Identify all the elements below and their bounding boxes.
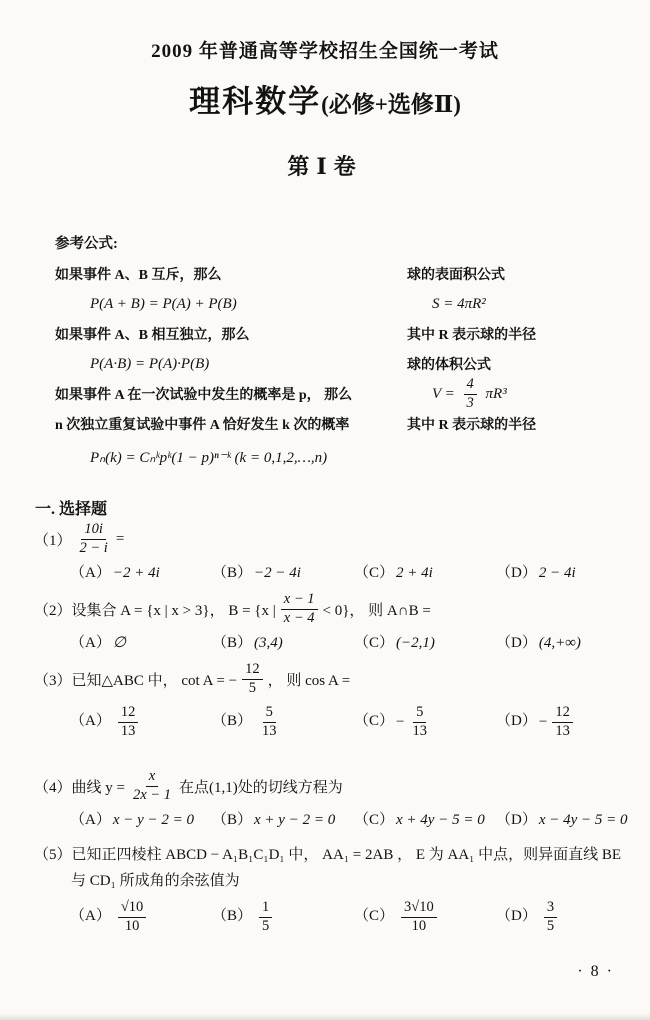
question-1-option-b: （B）−2 − 4i <box>212 561 354 582</box>
fraction-denominator: 2x − 1 <box>130 787 174 804</box>
ref-left-line: 如果事件 A 在一次试验中发生的概率是 p， 那么 <box>55 384 407 404</box>
fraction-denominator: 13 <box>409 723 430 740</box>
fraction-numerator: 3√10 <box>401 899 437 918</box>
option-label: （C） <box>354 713 394 729</box>
stem-text: < 0}， 则 A∩B = <box>323 599 431 620</box>
fraction: 43 <box>464 376 477 413</box>
question-2-options: （A）∅ （B）(3,4) （C）(−2,1) （D）(4,+∞) <box>34 631 650 652</box>
question-4-option-d: （D）x − 4y − 5 = 0 <box>496 808 650 829</box>
fraction-numerator: x − 1 <box>281 591 318 610</box>
question-3-option-a: （A）1213 <box>70 704 212 741</box>
question-2-stem: （2）设集合 A = {x | x > 3}， B = {x |x − 1x −… <box>34 588 650 630</box>
option-value: (3,4) <box>254 635 283 651</box>
ref-formula: Pₙ(k) = Cₙᵏpᵏ(1 − p)ⁿ⁻ᵏ (k = 0,1,2,…,n) <box>55 442 407 467</box>
option-value: x − y − 2 = 0 <box>113 812 194 828</box>
option-value: 2 − 4i <box>539 565 576 581</box>
question-number: （2） <box>34 599 72 620</box>
page-number: · 8 · <box>577 963 614 981</box>
ref-formula: P(A + B) = P(A) + P(B) <box>55 296 407 313</box>
volume-title: 第Ⅰ卷 <box>0 150 650 181</box>
question-2-option-b: （B）(3,4) <box>212 631 354 652</box>
fraction: √1010 <box>118 899 146 936</box>
option-label: （D） <box>496 908 537 924</box>
fraction: x − 1x − 4 <box>281 591 318 628</box>
question-5-options: （A）√1010 （B）15 （C）3√1010 （D）35 <box>34 896 650 938</box>
ref-right-line: 其中 R 表示球的半径 <box>407 324 632 344</box>
question-4-option-a: （A）x − y − 2 = 0 <box>70 808 212 829</box>
question-1-stem: （1）10i2 − i = <box>34 518 650 560</box>
stem-text: ， 则 cos A = <box>268 669 351 690</box>
fraction-denominator: 2 − i <box>77 540 111 557</box>
option-label: （B） <box>212 908 252 924</box>
fraction-numerator: 3 <box>544 899 557 918</box>
subject-title-main: 理科数学 <box>189 84 321 119</box>
option-value: 2 + 4i <box>396 565 433 581</box>
question-5-stem-line1: （5）已知正四棱柱 ABCD − A₁B₁C₁D₁ 中， AA₁ = 2AB ，… <box>34 839 650 867</box>
fraction: 125 <box>242 661 263 698</box>
option-label: （D） <box>496 812 537 828</box>
question-number: （4） <box>34 776 72 797</box>
fraction: 513 <box>409 704 430 741</box>
fraction: 35 <box>544 899 557 936</box>
ref-left-line: 如果事件 A、B 互斥，那么 <box>55 264 407 284</box>
fraction: 1213 <box>552 704 573 741</box>
exam-page: 2009 年普通高等学校招生全国统一考试 理科数学(必修+选修Ⅱ) 第Ⅰ卷 参考… <box>0 0 650 1020</box>
stem-text: = <box>116 531 124 548</box>
question-1-option-d: （D）2 − 4i <box>496 561 650 582</box>
option-label: （C） <box>354 908 394 924</box>
question-5: （5）已知正四棱柱 ABCD − A₁B₁C₁D₁ 中， AA₁ = 2AB ，… <box>0 839 650 938</box>
ref-right-line: 球的表面积公式 <box>407 264 632 284</box>
question-5-stem-line2: 与 CD₁ 所成角的余弦值为 <box>34 867 650 895</box>
question-2-option-c: （C）(−2,1) <box>354 631 496 652</box>
subject-title-note: (必修+选修Ⅱ) <box>321 92 461 117</box>
fraction-numerator: 1 <box>259 899 272 918</box>
fraction-denominator: 10 <box>409 918 430 935</box>
question-4-options: （A）x − y − 2 = 0 （B）x + y − 2 = 0 （C）x +… <box>34 808 650 829</box>
question-1-option-c: （C）2 + 4i <box>354 561 496 582</box>
question-3-stem: （3）已知△ABC 中， cot A = −125， 则 cos A = <box>34 658 650 700</box>
fraction-denominator: 5 <box>259 918 272 935</box>
fraction-numerator: x <box>146 768 158 787</box>
question-3-option-b: （B）513 <box>212 704 354 741</box>
option-label: （B） <box>212 565 252 581</box>
fraction-numerator: 12 <box>242 661 263 680</box>
fraction-numerator: 12 <box>552 704 573 723</box>
ref-left-line: 如果事件 A、B 相互独立，那么 <box>55 324 407 344</box>
question-number: （1） <box>34 529 72 550</box>
fraction-numerator: 4 <box>464 376 477 395</box>
question-4: （4）曲线 y =x2x − 1在点(1,1)处的切线方程为 （A）x − y … <box>0 765 650 829</box>
fraction-denominator: x − 4 <box>281 610 318 627</box>
option-sign: − <box>539 713 547 729</box>
question-5-option-d: （D）35 <box>496 899 650 936</box>
ref-right-line: 球的体积公式 <box>407 354 632 374</box>
fraction: 10i2 − i <box>77 521 111 558</box>
option-label: （A） <box>70 812 111 828</box>
ref-volume-formula: V = 43 πR³ <box>407 376 632 413</box>
questions-list: （1）10i2 − i = （A）−2 + 4i （B）−2 − 4i （C）2… <box>0 518 650 944</box>
option-label: （B） <box>212 713 252 729</box>
stem-text: 设集合 A = {x | x > 3}， B = {x | <box>72 599 276 620</box>
option-value: ∅ <box>113 635 126 651</box>
subject-title: 理科数学(必修+选修Ⅱ) <box>0 76 650 121</box>
option-value: (4,+∞) <box>539 635 581 651</box>
fraction: 513 <box>259 704 280 741</box>
fraction: x2x − 1 <box>130 768 174 805</box>
question-5-option-c: （C）3√1010 <box>354 899 496 936</box>
fraction-denominator: 13 <box>259 723 280 740</box>
question-3: （3）已知△ABC 中， cot A = −125， 则 cos A = （A）… <box>0 658 650 743</box>
option-label: （C） <box>354 565 394 581</box>
option-label: （C） <box>354 635 394 651</box>
option-label: （D） <box>496 713 537 729</box>
option-value: x − 4y − 5 = 0 <box>539 812 628 828</box>
question-1-option-a: （A）−2 + 4i <box>70 561 212 582</box>
fraction-denominator: 13 <box>118 723 139 740</box>
question-3-option-d: （D）−1213 <box>496 704 650 741</box>
question-2-option-d: （D）(4,+∞) <box>496 631 650 652</box>
reference-grid: 如果事件 A、B 互斥，那么 球的表面积公式 P(A + B) = P(A) +… <box>55 259 632 469</box>
question-2: （2）设集合 A = {x | x > 3}， B = {x |x − 1x −… <box>0 588 650 652</box>
option-label: （A） <box>70 635 111 651</box>
fraction-denominator: 5 <box>544 918 557 935</box>
question-5-option-a: （A）√1010 <box>70 899 212 936</box>
option-value: (−2,1) <box>396 635 435 651</box>
question-number: （5） <box>34 843 72 864</box>
question-2-option-a: （A）∅ <box>70 631 212 652</box>
question-4-option-c: （C）x + 4y − 5 = 0 <box>354 808 496 829</box>
option-value: x + 4y − 5 = 0 <box>396 812 485 828</box>
option-label: （A） <box>70 908 111 924</box>
question-3-options: （A）1213 （B）513 （C）−513 （D）−1213 <box>34 701 650 743</box>
option-label: （A） <box>70 565 111 581</box>
formula-prefix: V = <box>432 385 459 401</box>
ref-formula: P(A·B) = P(A)·P(B) <box>55 356 407 373</box>
question-4-stem: （4）曲线 y =x2x − 1在点(1,1)处的切线方程为 <box>34 765 650 807</box>
fraction: 1213 <box>118 704 139 741</box>
stem-text: 在点(1,1)处的切线方程为 <box>179 776 343 797</box>
stem-text: 已知正四棱柱 ABCD − A₁B₁C₁D₁ 中， AA₁ = 2AB ， E … <box>72 843 622 864</box>
fraction-denominator: 5 <box>246 680 259 697</box>
question-1-options: （A）−2 + 4i （B）−2 − 4i （C）2 + 4i （D）2 − 4… <box>34 561 650 582</box>
ref-right-line: 其中 R 表示球的半径 <box>407 414 632 434</box>
option-label: （B） <box>212 635 252 651</box>
option-label: （D） <box>496 565 537 581</box>
fraction-numerator: 10i <box>81 521 106 540</box>
question-1: （1）10i2 − i = （A）−2 + 4i （B）−2 − 4i （C）2… <box>0 518 650 582</box>
question-3-option-c: （C）−513 <box>354 704 496 741</box>
fraction: 3√1010 <box>401 899 437 936</box>
fraction-numerator: 5 <box>263 704 276 723</box>
option-value: −2 + 4i <box>113 565 160 581</box>
formula-suffix: πR³ <box>482 385 507 401</box>
fraction-numerator: √10 <box>118 899 146 918</box>
fraction-denominator: 3 <box>464 395 477 412</box>
question-5-option-b: （B）15 <box>212 899 354 936</box>
section-heading: 一. 选择题 <box>35 496 107 519</box>
fraction-numerator: 12 <box>118 704 139 723</box>
option-value: x + y − 2 = 0 <box>254 812 335 828</box>
option-label: （A） <box>70 713 111 729</box>
fraction-numerator: 5 <box>413 704 426 723</box>
reference-heading: 参考公式: <box>55 229 632 259</box>
option-value: −2 − 4i <box>254 565 301 581</box>
ref-formula: S = 4πR² <box>407 296 632 313</box>
reference-formulas: 参考公式: 如果事件 A、B 互斥，那么 球的表面积公式 P(A + B) = … <box>55 229 632 469</box>
stem-text: 曲线 y = <box>72 776 125 797</box>
question-number: （3） <box>34 669 72 690</box>
option-label: （D） <box>496 635 537 651</box>
option-label: （C） <box>354 812 394 828</box>
fraction: 15 <box>259 899 272 936</box>
option-sign: − <box>396 713 404 729</box>
exam-title: 2009 年普通高等学校招生全国统一考试 <box>0 36 650 63</box>
fraction-denominator: 10 <box>122 918 143 935</box>
ref-left-line: n 次独立重复试验中事件 A 恰好发生 k 次的概率 <box>55 414 407 434</box>
fraction-denominator: 13 <box>552 723 573 740</box>
stem-text: 已知△ABC 中， cot A = − <box>72 669 238 690</box>
option-label: （B） <box>212 812 252 828</box>
question-4-option-b: （B）x + y − 2 = 0 <box>212 808 354 829</box>
